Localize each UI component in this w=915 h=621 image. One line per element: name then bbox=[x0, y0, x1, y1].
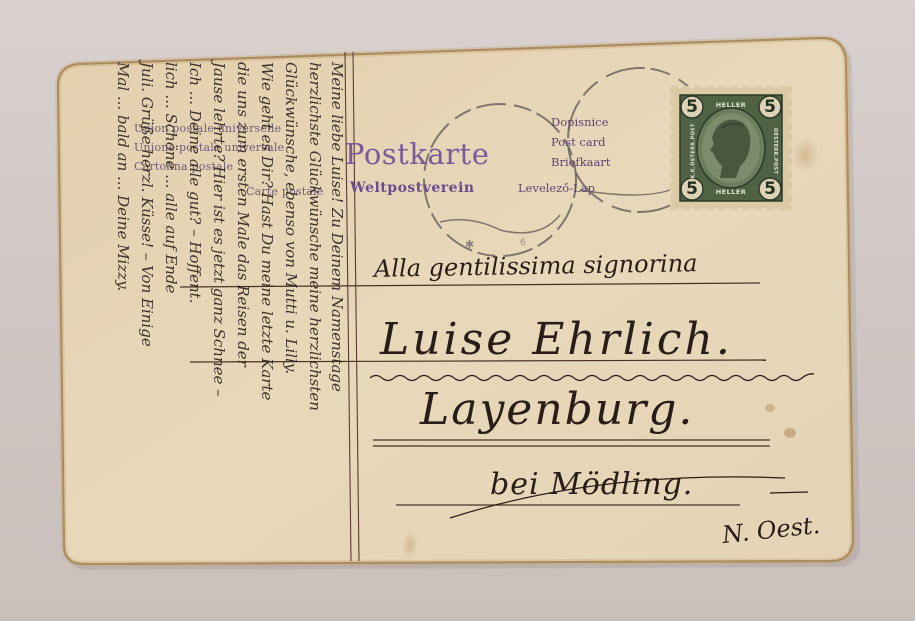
message-line: Mal ... bald an ... Deine Mizzy. bbox=[115, 62, 130, 291]
stamp-label-bottom: HELLER bbox=[701, 188, 761, 196]
message-line: herzlichste Glückwünsche meine herzlichs… bbox=[307, 62, 322, 411]
message-line: Ich ... Deine alle gut? – Hoffent. bbox=[187, 62, 202, 303]
handwritten-message: Meine liebe Luise! Zu Deinem Namenstage … bbox=[60, 60, 360, 560]
message-line: Wie geht es Dir? Hast Du meine letzte Ka… bbox=[259, 62, 274, 400]
printed-weltpostverein: Weltpostverein bbox=[350, 180, 475, 196]
postage-stamp: 5 5 5 5 HELLER HELLER K.K.ÖSTERR.POST OE… bbox=[670, 86, 792, 210]
printed-levelezo-lap: Levelező-Lap bbox=[518, 183, 595, 195]
stamp-label-top: HELLER bbox=[701, 101, 761, 109]
stamp-value-top-left: 5 bbox=[681, 96, 703, 118]
printed-dopisnice: Dopisnice bbox=[551, 117, 608, 129]
svg-text:✱: ✱ bbox=[465, 238, 474, 251]
message-line: lich ... Schöne ... alle auf Ende bbox=[163, 62, 178, 293]
postcard: ✱ 6 Union postale universelle Unione pos… bbox=[0, 0, 915, 621]
address-recipient-name: Luise Ehrlich. bbox=[380, 318, 733, 362]
address-district: bei Mödling. bbox=[490, 470, 693, 500]
printed-briefkaart: Briefkaart bbox=[551, 157, 611, 169]
printed-post-card: Post card bbox=[551, 137, 606, 149]
message-line: Juli. Grüße herzl. Küsse! – Von Einige bbox=[139, 62, 154, 347]
stamp-value-bottom-right: 5 bbox=[759, 178, 781, 200]
address-salutation: Alla gentilissima signorina bbox=[374, 251, 698, 281]
stamp-label-right: OESTERR.POST bbox=[772, 128, 778, 174]
message-line: die uns zum ersten Male das Reisen der bbox=[235, 62, 250, 367]
message-line: Glückwünsche, ebenso von Mutti u. Lilly. bbox=[283, 62, 298, 374]
stamp-value-top-right: 5 bbox=[759, 96, 781, 118]
message-line: Jause lehrte? Hier ist es jetzt ganz Sch… bbox=[211, 62, 226, 397]
address-town: Layenburg. bbox=[420, 388, 694, 432]
message-line: Meine liebe Luise! Zu Deinem Namenstage bbox=[329, 62, 344, 392]
stamp-label-left: K.K.ÖSTERR.POST bbox=[691, 123, 697, 178]
svg-text:6: 6 bbox=[520, 238, 526, 248]
printed-postkarte-title: Postkarte bbox=[345, 137, 489, 171]
stamp-value-bottom-left: 5 bbox=[681, 178, 703, 200]
